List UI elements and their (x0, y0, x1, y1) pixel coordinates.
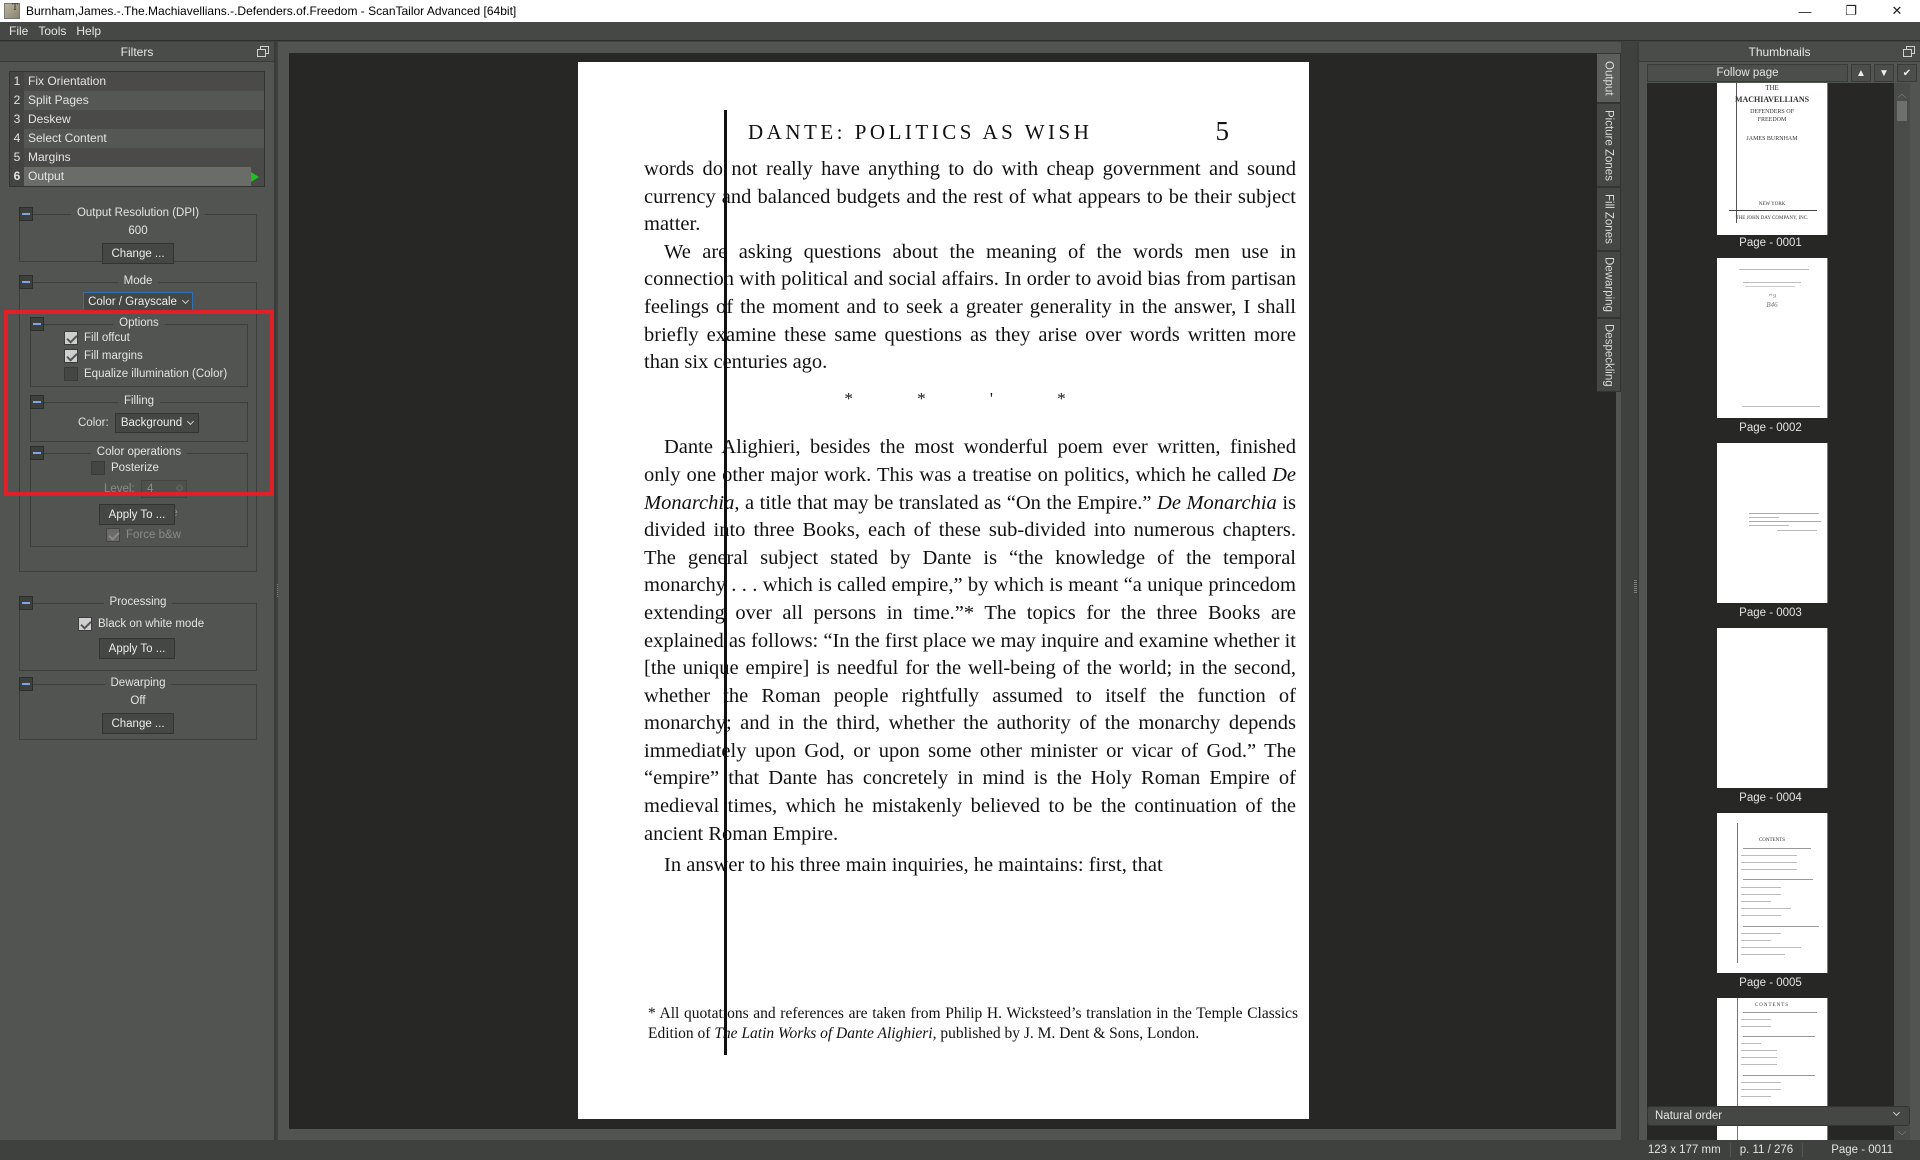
group-title: Options (113, 317, 165, 329)
level-label: Level: (104, 483, 135, 495)
checkbox-label: Force b&w (126, 529, 181, 541)
footnote: * All quotations and references are take… (648, 1004, 1298, 1043)
posterize-checkbox[interactable]: Posterize (91, 461, 159, 475)
menu-help[interactable]: Help (71, 24, 106, 38)
stage-number: 2 (10, 91, 24, 110)
group-title: Filling (118, 395, 160, 407)
running-head: DANTE: POLITICS AS WISH (748, 120, 1092, 145)
thumbnails-dock: Thumbnails Follow page ▲ ▼ ✔ THE MACHIAV… (1637, 42, 1920, 1140)
level-spinbox[interactable]: 4 ︿﹀ (141, 480, 187, 498)
thumbnail-page-0005[interactable]: CONTENTS (1717, 813, 1828, 973)
stage-label: Select Content (24, 129, 264, 148)
thumbnails-dock-title: Thumbnails (1748, 45, 1810, 59)
change-dewarping-button[interactable]: Change ... (102, 713, 174, 734)
thumbnail-label: Page - 0001 (1647, 237, 1894, 249)
dewarping-group: Dewarping Off Change ... (19, 684, 257, 740)
thumbnail-label: Page - 0002 (1647, 422, 1894, 434)
next-page-down-icon[interactable]: ▼ (1874, 64, 1894, 82)
force-bw-checkbox[interactable]: Force b&w (106, 528, 181, 542)
filter-stage-output[interactable]: 6 Output (10, 167, 264, 186)
thumbnail-label: Page - 0003 (1647, 607, 1894, 619)
fill-color-value: Background (121, 417, 182, 429)
menu-tools[interactable]: Tools (33, 24, 71, 38)
restore-button[interactable]: ❐ (1828, 0, 1874, 22)
follow-page-button[interactable]: Follow page (1647, 64, 1848, 82)
filter-stage-fix-orientation[interactable]: 1 Fix Orientation (10, 72, 264, 91)
checkbox-unchecked-icon[interactable] (91, 461, 105, 475)
thumbnail-label: Page - 0005 (1647, 977, 1894, 989)
thumbnail-page-0004[interactable] (1717, 628, 1828, 788)
tab-despeckling[interactable]: Despeckling (1597, 318, 1621, 392)
stage-label: Margins (24, 148, 264, 167)
stage-label: Fix Orientation (24, 72, 264, 91)
filters-dock-title: Filters (121, 45, 154, 59)
group-title: Output Resolution (DPI) (71, 207, 205, 219)
thumbnail-page-0001[interactable]: THE MACHIAVELLIANS DEFENDERS OF FREEDOM … (1717, 83, 1828, 235)
page-number: 5 (1216, 116, 1230, 147)
checkbox-label: Posterize (111, 462, 159, 474)
thumbnails-dock-header: Thumbnails (1639, 42, 1920, 62)
filter-stage-split-pages[interactable]: 2 Split Pages (10, 91, 264, 110)
paragraph: Dante Alighieri, besides the most wonder… (644, 434, 1296, 848)
minimize-button[interactable]: — (1782, 0, 1828, 22)
checkbox-checked-icon[interactable] (78, 617, 92, 631)
stage-label: Split Pages (24, 91, 264, 110)
paragraph: words do not really have anything to do … (644, 156, 1296, 239)
chevron-down-icon (187, 418, 194, 425)
mode-group: Mode Color / Grayscale Options Fill offc… (19, 282, 257, 572)
checkbox-checked-icon[interactable] (64, 349, 78, 363)
stage-number: 5 (10, 148, 24, 167)
filling-group: Filling Color: Background (30, 402, 248, 442)
dock-float-icon[interactable] (1903, 46, 1914, 56)
page-body: words do not really have anything to do … (644, 156, 1296, 880)
thumbnail-page-0002[interactable]: ꟸ 9 B46 (1717, 258, 1828, 418)
tab-output[interactable]: Output (1597, 53, 1621, 103)
scroll-up-icon[interactable]: ︿ (1894, 87, 1910, 101)
filter-stage-margins[interactable]: 5 Margins (10, 148, 264, 167)
group-title: Processing (104, 596, 173, 608)
tab-fill-zones[interactable]: Fill Zones (1597, 187, 1621, 251)
status-bar: 123 x 177 mm p. 11 / 276 Page - 0011 (0, 1140, 1920, 1160)
fill-offcut-checkbox[interactable]: Fill offcut (64, 331, 130, 345)
checkbox-label: Fill margins (84, 350, 143, 362)
dpi-value: 600 (20, 225, 256, 237)
level-value: 4 (147, 483, 153, 495)
color-ops-apply-to-button[interactable]: Apply To ... (99, 504, 175, 525)
checkbox-label: Fill offcut (84, 332, 130, 344)
title-bar: Burnham,James.-.The.Machiavellians.-.Def… (0, 0, 1920, 22)
app-icon (4, 3, 20, 19)
menu-bar: File Tools Help (0, 22, 1920, 41)
tab-dewarping[interactable]: Dewarping (1597, 251, 1621, 318)
equalize-illumination-checkbox[interactable]: Equalize illumination (Color) (64, 367, 227, 381)
sort-order-select[interactable]: Natural order (1647, 1106, 1910, 1126)
black-on-white-checkbox[interactable]: Black on white mode (78, 617, 204, 631)
filter-stage-list: 1 Fix Orientation 2 Split Pages 3 Deskew… (9, 71, 265, 187)
checkbox-label: Equalize illumination (Color) (84, 368, 227, 380)
mode-select-value: Color / Grayscale (88, 296, 177, 308)
group-title: Dewarping (105, 677, 172, 689)
processing-apply-to-button[interactable]: Apply To ... (99, 638, 175, 659)
stage-label: Output (24, 167, 251, 186)
checkbox-checked-icon[interactable] (106, 528, 120, 542)
dewarping-value: Off (20, 695, 256, 707)
filters-dock: Filters 1 Fix Orientation 2 Split Pages … (0, 42, 276, 1140)
chevron-down-icon (1893, 1109, 1900, 1116)
image-view[interactable]: DANTE: POLITICS AS WISH 5 words do not r… (289, 53, 1616, 1129)
fill-color-label: Color: (78, 417, 109, 429)
output-resolution-group: Output Resolution (DPI) 600 Change ... (19, 214, 257, 262)
options-group: Options Fill offcut Fill margins Equaliz… (30, 324, 248, 387)
processing-group: Processing Black on white mode Apply To … (19, 603, 257, 671)
thumbnail-page-0003[interactable] (1717, 443, 1828, 603)
current-page-name: Page - 0011 (1803, 1143, 1920, 1157)
stage-number: 1 (10, 72, 24, 91)
stage-label: Deskew (24, 110, 264, 129)
page-position: p. 11 / 276 (1731, 1143, 1804, 1157)
change-resolution-button[interactable]: Change ... (102, 243, 174, 264)
view-tabs: Output Picture Zones Fill Zones Dewarpin… (1597, 53, 1621, 392)
filter-stage-deskew[interactable]: 3 Deskew (10, 110, 264, 129)
sort-order-value: Natural order (1655, 1110, 1722, 1122)
checkbox-unchecked-icon[interactable] (64, 367, 78, 381)
checkbox-checked-icon[interactable] (64, 331, 78, 345)
stage-number: 4 (10, 129, 24, 148)
paragraph: We are asking questions about the meanin… (644, 239, 1296, 377)
group-title: Color operations (91, 446, 187, 458)
mode-select[interactable]: Color / Grayscale (83, 292, 193, 312)
filters-dock-header: Filters (0, 42, 274, 62)
stage-number: 6 (10, 167, 24, 186)
color-operations-group: Color operations Posterize Level: 4 ︿﹀ N… (30, 453, 248, 547)
prev-page-up-icon[interactable]: ▲ (1851, 64, 1871, 82)
run-stage-play-icon[interactable] (251, 172, 259, 182)
filter-stage-select-content[interactable]: 4 Select Content (10, 129, 264, 148)
output-page: DANTE: POLITICS AS WISH 5 words do not r… (578, 62, 1309, 1119)
spin-arrows-icon[interactable]: ︿﹀ (176, 482, 183, 496)
window-title: Burnham,James.-.The.Machiavellians.-.Def… (26, 4, 1782, 18)
menu-file[interactable]: File (4, 24, 33, 38)
checkbox-label: Black on white mode (98, 618, 204, 630)
dock-float-icon[interactable] (257, 46, 268, 56)
scrollbar-handle[interactable] (1897, 101, 1907, 121)
tab-picture-zones[interactable]: Picture Zones (1597, 103, 1621, 187)
thumbnail-list[interactable]: THE MACHIAVELLIANS DEFENDERS OF FREEDOM … (1647, 83, 1894, 1145)
confirm-check-icon[interactable]: ✔ (1897, 64, 1917, 82)
fill-margins-checkbox[interactable]: Fill margins (64, 349, 143, 363)
stage-number: 3 (10, 110, 24, 129)
thumbnail-scrollbar[interactable]: ︿ ﹀ (1894, 83, 1910, 1145)
thumbnail-label: Page - 0004 (1647, 792, 1894, 804)
close-button[interactable]: ✕ (1874, 0, 1920, 22)
page-dimensions: 123 x 177 mm (1639, 1143, 1731, 1157)
section-break: * * ' * (644, 385, 1296, 413)
fill-color-select[interactable]: Background (115, 413, 199, 433)
chevron-down-icon (182, 297, 189, 304)
group-title: Mode (118, 275, 159, 287)
thumbnails-toolbar: Follow page ▲ ▼ ✔ (1647, 64, 1917, 82)
paragraph: In answer to his three main inquiries, h… (644, 852, 1296, 880)
